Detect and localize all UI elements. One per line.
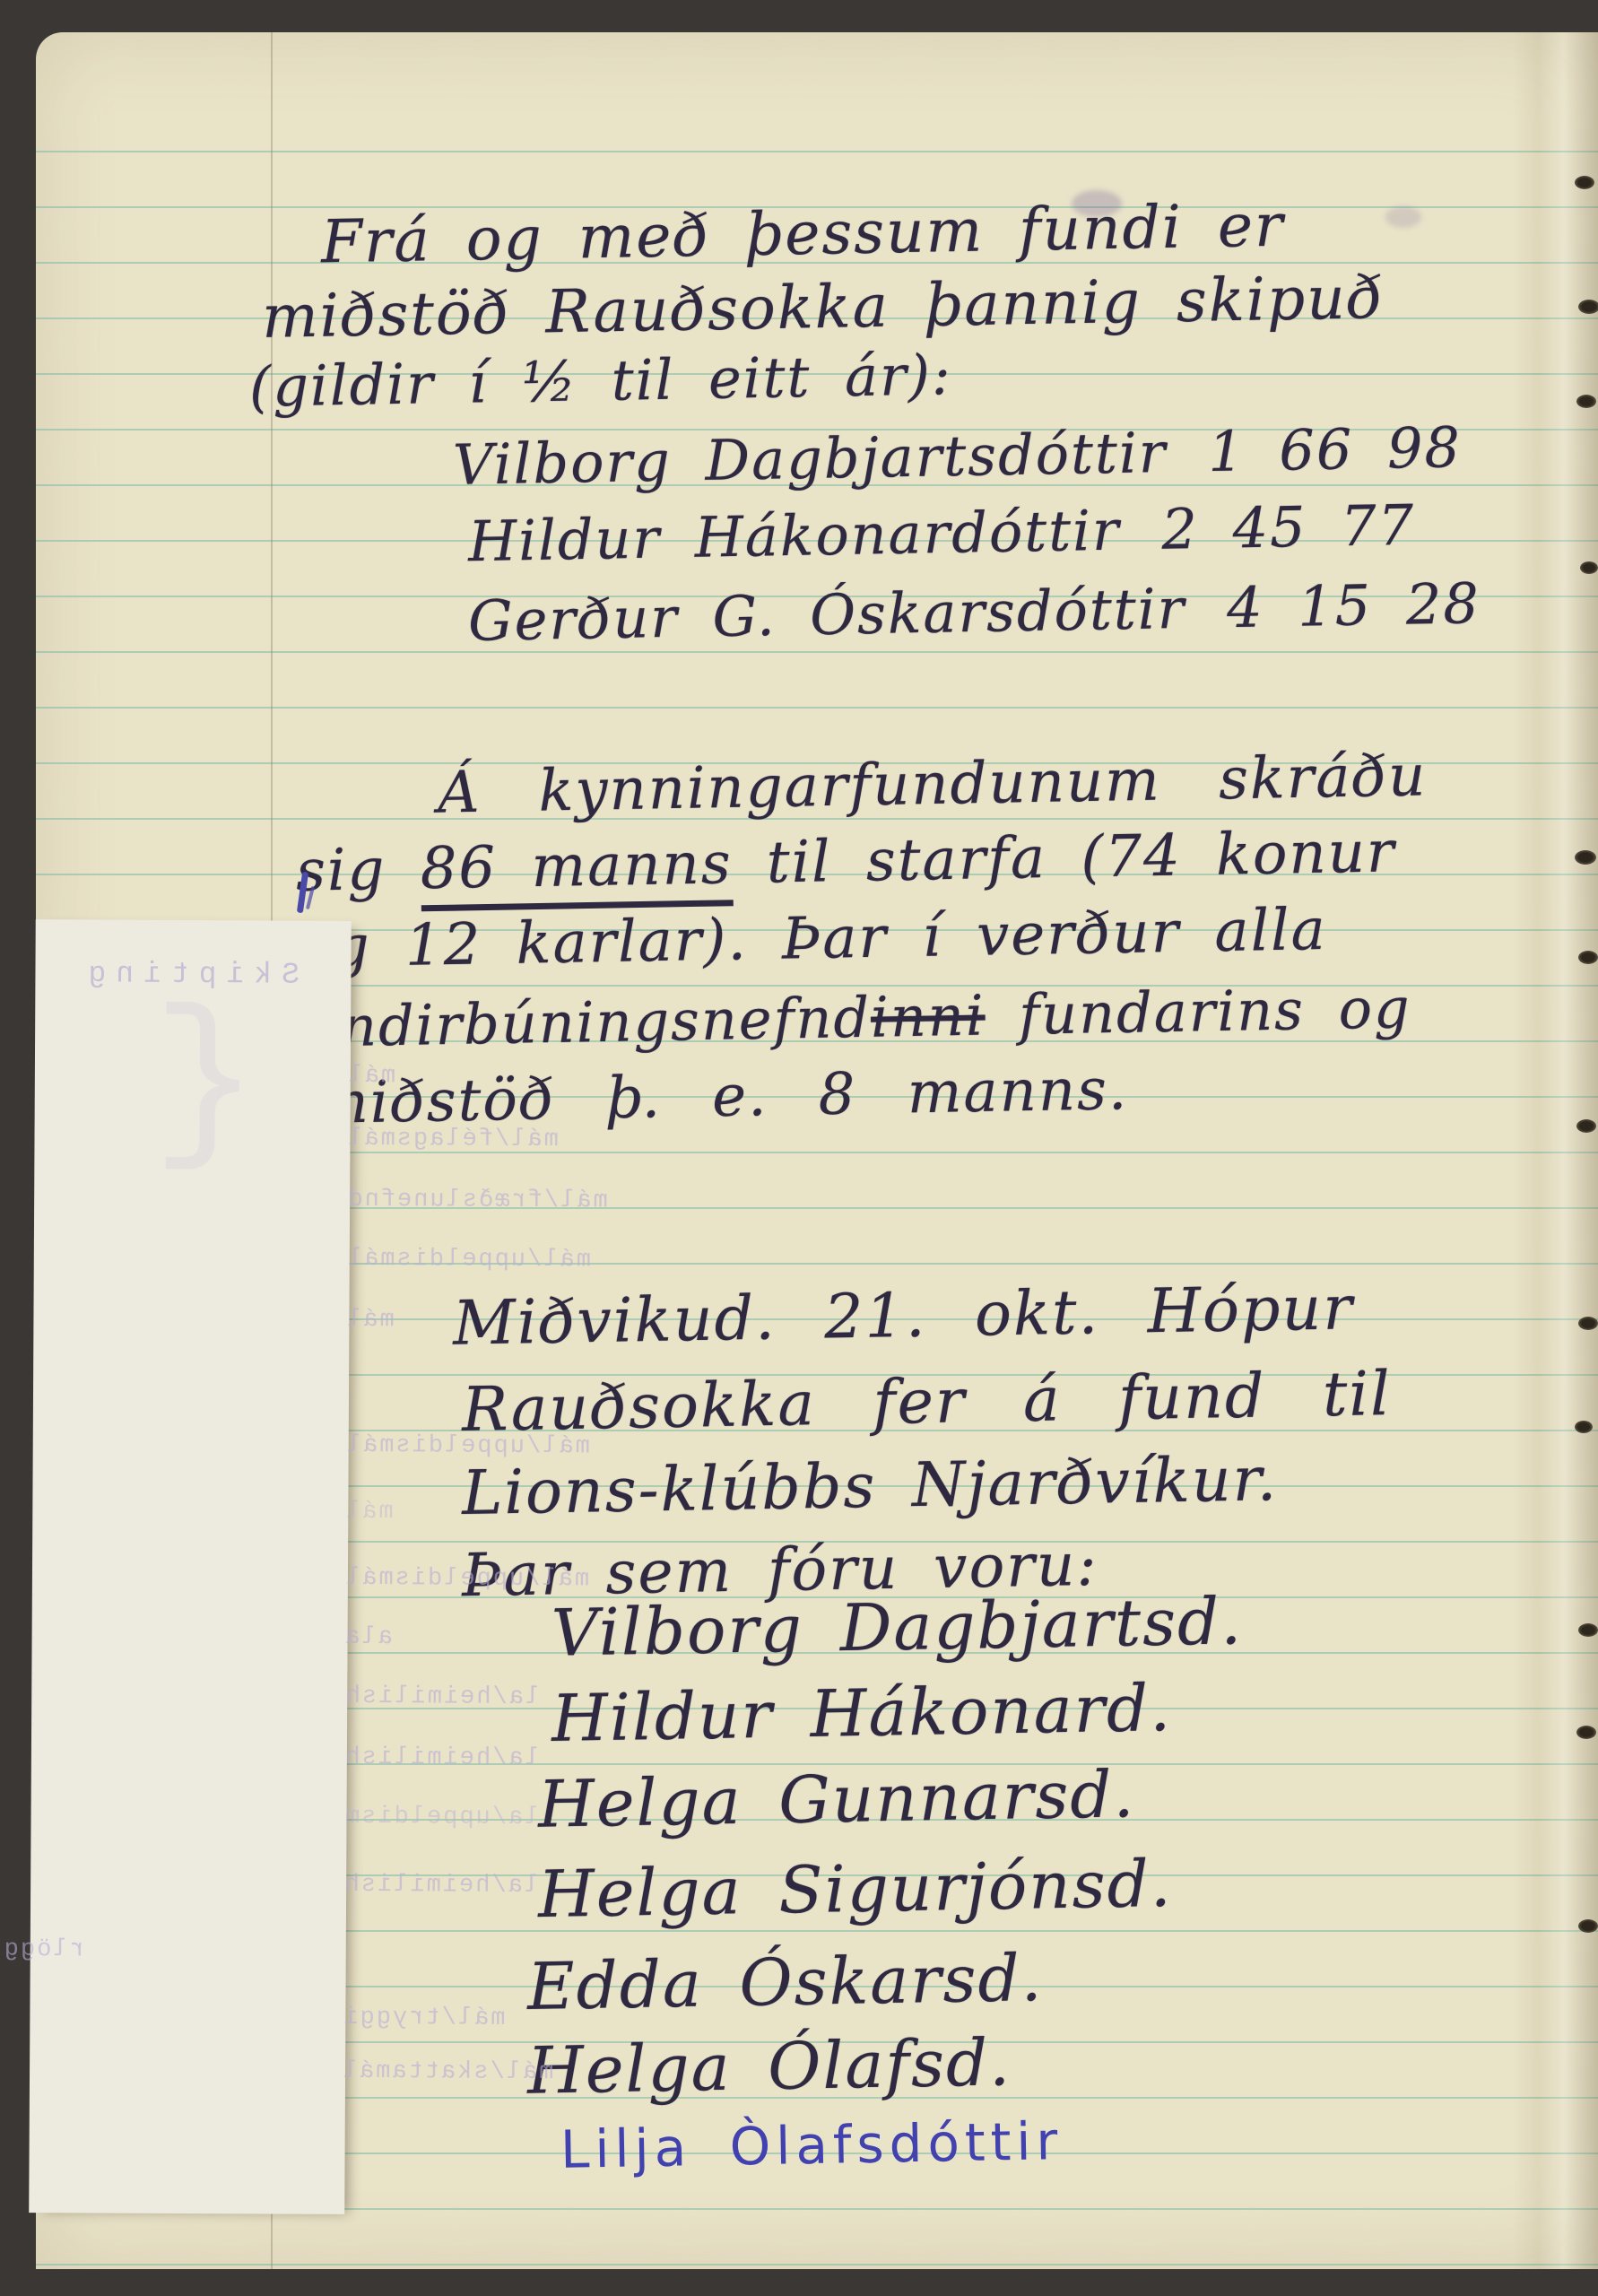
typed-title-mirrored: Skipting (78, 957, 300, 991)
handwritten-line: Helga Sigurjónsd. (537, 1846, 1173, 1932)
handwritten-line: Helga Gunnarsd. (537, 1756, 1136, 1842)
typed-line-mirrored: rlögg ði (0, 1936, 84, 1964)
stitch-hole (1576, 395, 1596, 408)
stitch-hole (1575, 850, 1596, 865)
stitch-hole (1578, 951, 1598, 964)
typed-line-mirrored: mál/fræðslunefnd (346, 1187, 607, 1215)
text-segment: til starfa (74 konur (732, 819, 1396, 897)
member-number: 1 66 98 (1208, 414, 1463, 484)
stitch-hole (1575, 1421, 1593, 1433)
member-name: Hildur Hákonardóttir (467, 498, 1121, 575)
stitch-hole (1575, 176, 1594, 189)
underlined-text: 86 manns (420, 831, 733, 911)
typed-line-mirrored: mál/félagsmál (346, 1126, 559, 1153)
handwritten-line: Vilborg Dagbjartsd. (551, 1583, 1243, 1670)
stitch-hole (1578, 1623, 1598, 1637)
typed-line-mirrored: la/heimilish (343, 1872, 539, 1900)
typed-line-mirrored: la/heimilish (343, 1683, 540, 1711)
scanned-notebook-page: Frá og með þessum fundi er miðstöð Rauðs… (0, 0, 1598, 2296)
typed-line-mirrored: mál/uppeldismál (345, 1432, 590, 1460)
stitch-hole (1578, 1317, 1598, 1330)
handwritten-line: Helga Ólafsd. (526, 2024, 1012, 2108)
handwritten-line: Edda Óskarsd. (526, 1940, 1044, 2024)
handwritten-line: Hildur Hákonard. (551, 1670, 1172, 1756)
typed-line-mirrored: la/uppeldism (343, 1804, 539, 1831)
member-number: 4 15 28 (1226, 570, 1481, 640)
member-number: 2 45 77 (1161, 492, 1416, 562)
typed-line-mirrored: mál/uppeldismál (346, 1246, 591, 1274)
typed-line-mirrored: mál (345, 1307, 395, 1334)
member-name: Gerður G. Óskarsdóttir (467, 576, 1185, 654)
typed-line-mirrored: mál/uppeldismál (344, 1565, 589, 1593)
struck-text: inni (870, 983, 986, 1050)
typed-brace: { (151, 983, 259, 1187)
ballpoint-signature: Lilja Òlafsdóttir (560, 2110, 1063, 2180)
stitch-hole (1578, 1919, 1598, 1933)
ink-smudge (1385, 206, 1421, 228)
handwritten-line: (gildir í ½ til eitt ár): (248, 342, 952, 420)
text-segment: fundarins og (985, 975, 1411, 1048)
typed-line-mirrored: mál/skattamál (342, 2058, 554, 2086)
stitch-hole (1580, 561, 1598, 574)
typed-line-mirrored: mál (347, 1063, 396, 1090)
page-fold-edge (1513, 32, 1598, 2269)
typed-line-mirrored: la/heimilish (343, 1744, 540, 1772)
member-name: Vilborg Dagbjartsdóttir (452, 420, 1167, 498)
stitch-hole (1578, 300, 1598, 314)
text-segment: sig (295, 836, 421, 904)
stitch-hole (1576, 1726, 1596, 1739)
text-segment: undirbúningsnefnd (302, 985, 871, 1060)
stitch-hole (1576, 1119, 1596, 1133)
paper-slip: { Skipting mál mál/félagsmál mál/fræðslu… (29, 919, 352, 2214)
typed-line-mirrored: mál/tryggi (342, 2005, 505, 2032)
typed-line-mirrored: ala (344, 1624, 394, 1651)
typed-line-mirrored: mál (344, 1499, 394, 1526)
